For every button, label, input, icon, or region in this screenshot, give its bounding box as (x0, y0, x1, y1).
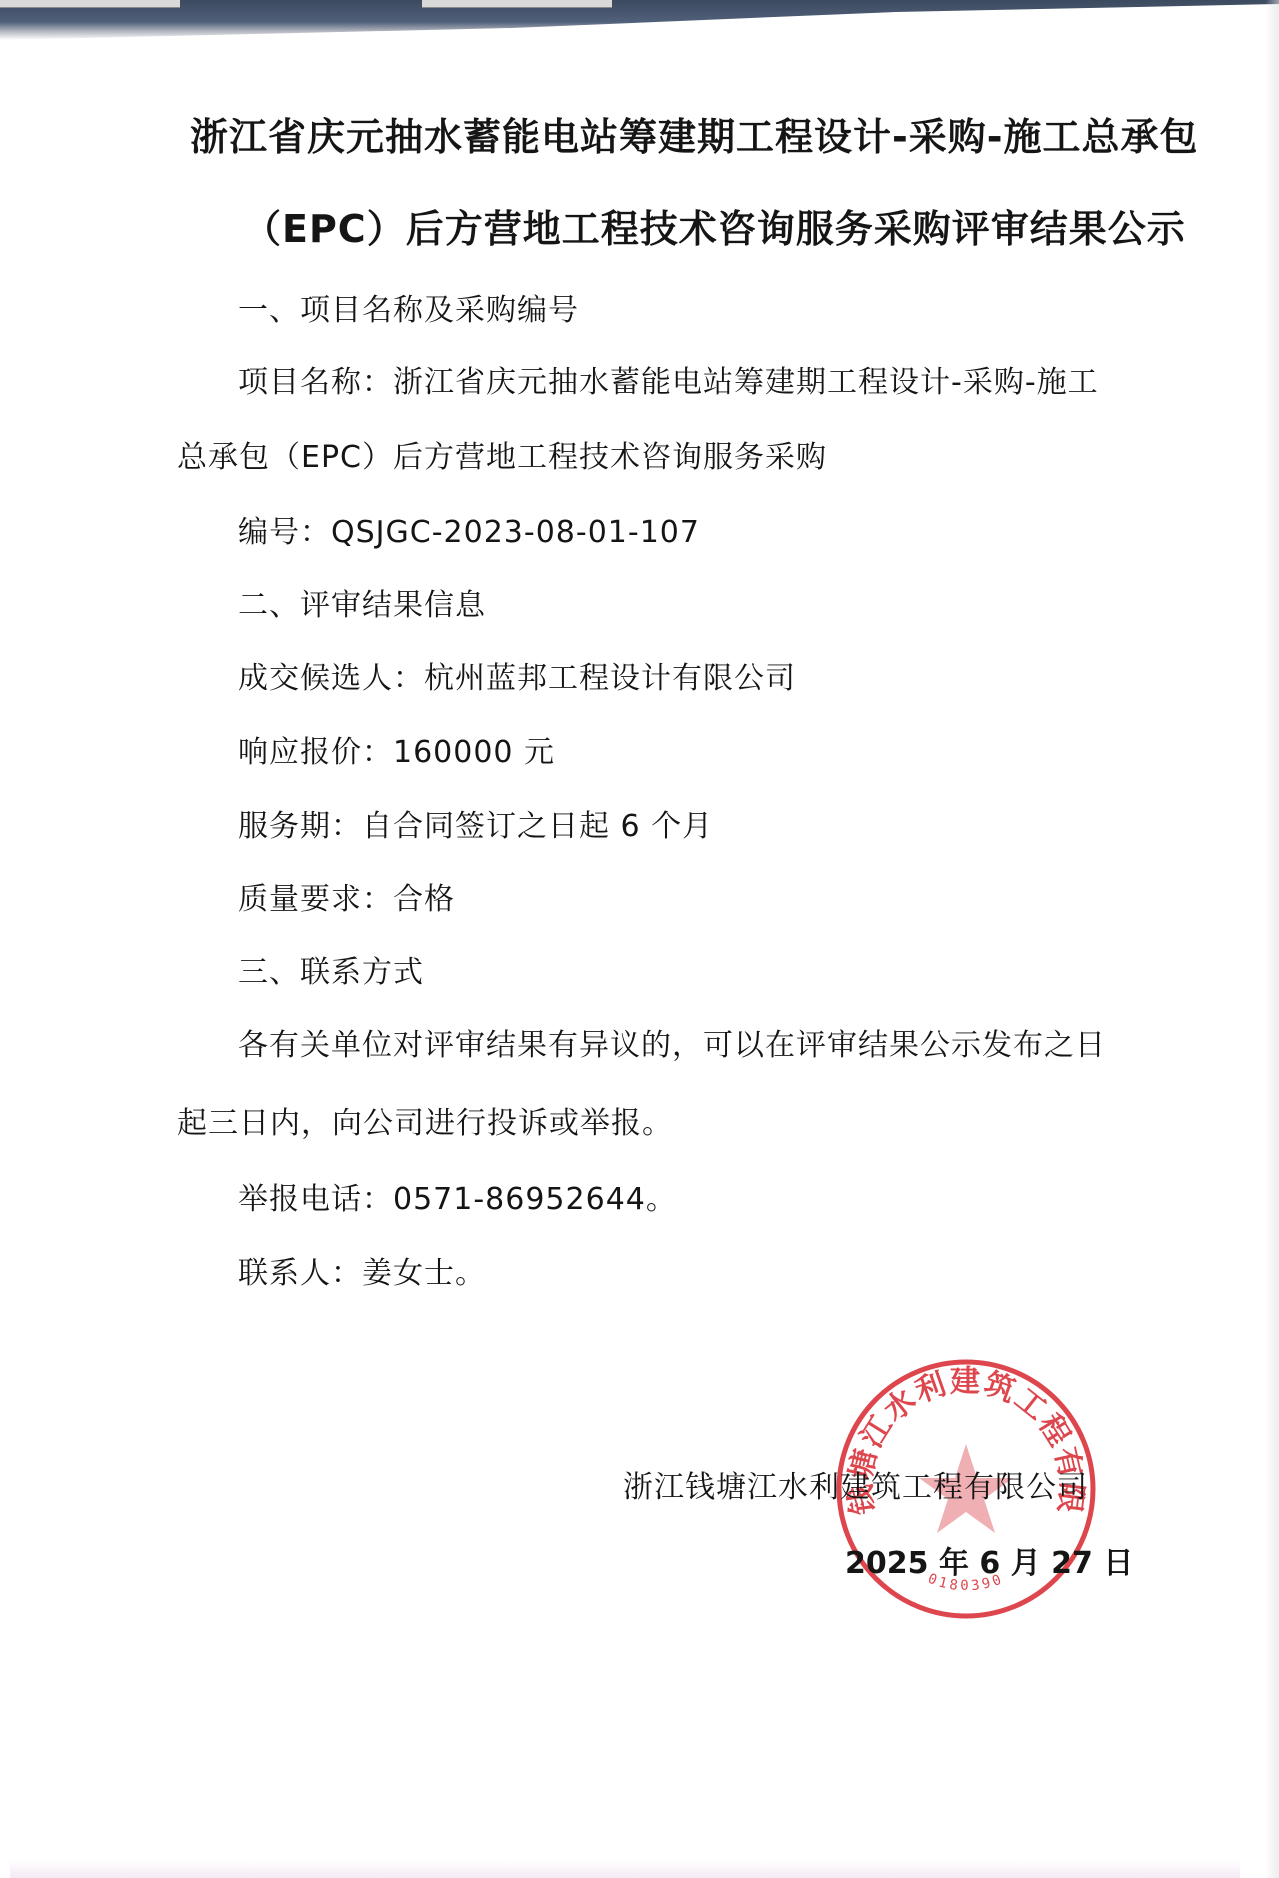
document-title-line-2: （EPC）后方营地工程技术咨询服务采购评审结果公示 (243, 198, 1279, 253)
section-heading-project: 一、项目名称及采购编号 (238, 285, 579, 329)
objection-notice-line-1: 各有关单位对评审结果有异议的，可以在评审结果公示发布之日 (238, 1020, 1106, 1064)
signature-company: 浙江钱塘江水利建筑工程有限公司 (623, 1462, 1088, 1506)
contact-person: 联系人：姜女士。 (238, 1248, 486, 1292)
document-page: 浙江省庆元抽水蓄能电站筹建期工程设计-采购-施工总承包 （EPC）后方营地工程技… (0, 0, 1279, 1878)
section-heading-result: 二、评审结果信息 (238, 580, 486, 624)
report-phone: 举报电话：0571-86952644。 (238, 1174, 677, 1218)
service-period: 服务期：自合同签订之日起 6 个月 (238, 801, 713, 845)
quality-requirement: 质量要求：合格 (238, 874, 455, 918)
section-heading-contact: 三、联系方式 (238, 947, 424, 991)
document-title-line-1: 浙江省庆元抽水蓄能电站筹建期工程设计-采购-施工总承包 (190, 106, 1279, 161)
page-shadow (1265, 0, 1279, 1878)
page-shadow (10, 1860, 1240, 1878)
quoted-price: 响应报价：160000 元 (238, 727, 555, 771)
project-name-line-2: 总承包（EPC）后方营地工程技术咨询服务采购 (177, 432, 827, 476)
winning-candidate: 成交候选人：杭州蓝邦工程设计有限公司 (238, 653, 796, 697)
signature-date: 2025 年 6 月 27 日 (845, 1538, 1133, 1582)
project-name-line-1: 项目名称：浙江省庆元抽水蓄能电站筹建期工程设计-采购-施工 (238, 357, 1099, 401)
objection-notice-line-2: 起三日内，向公司进行投诉或举报。 (177, 1098, 673, 1142)
procurement-number: 编号：QSJGC-2023-08-01-107 (238, 507, 700, 551)
